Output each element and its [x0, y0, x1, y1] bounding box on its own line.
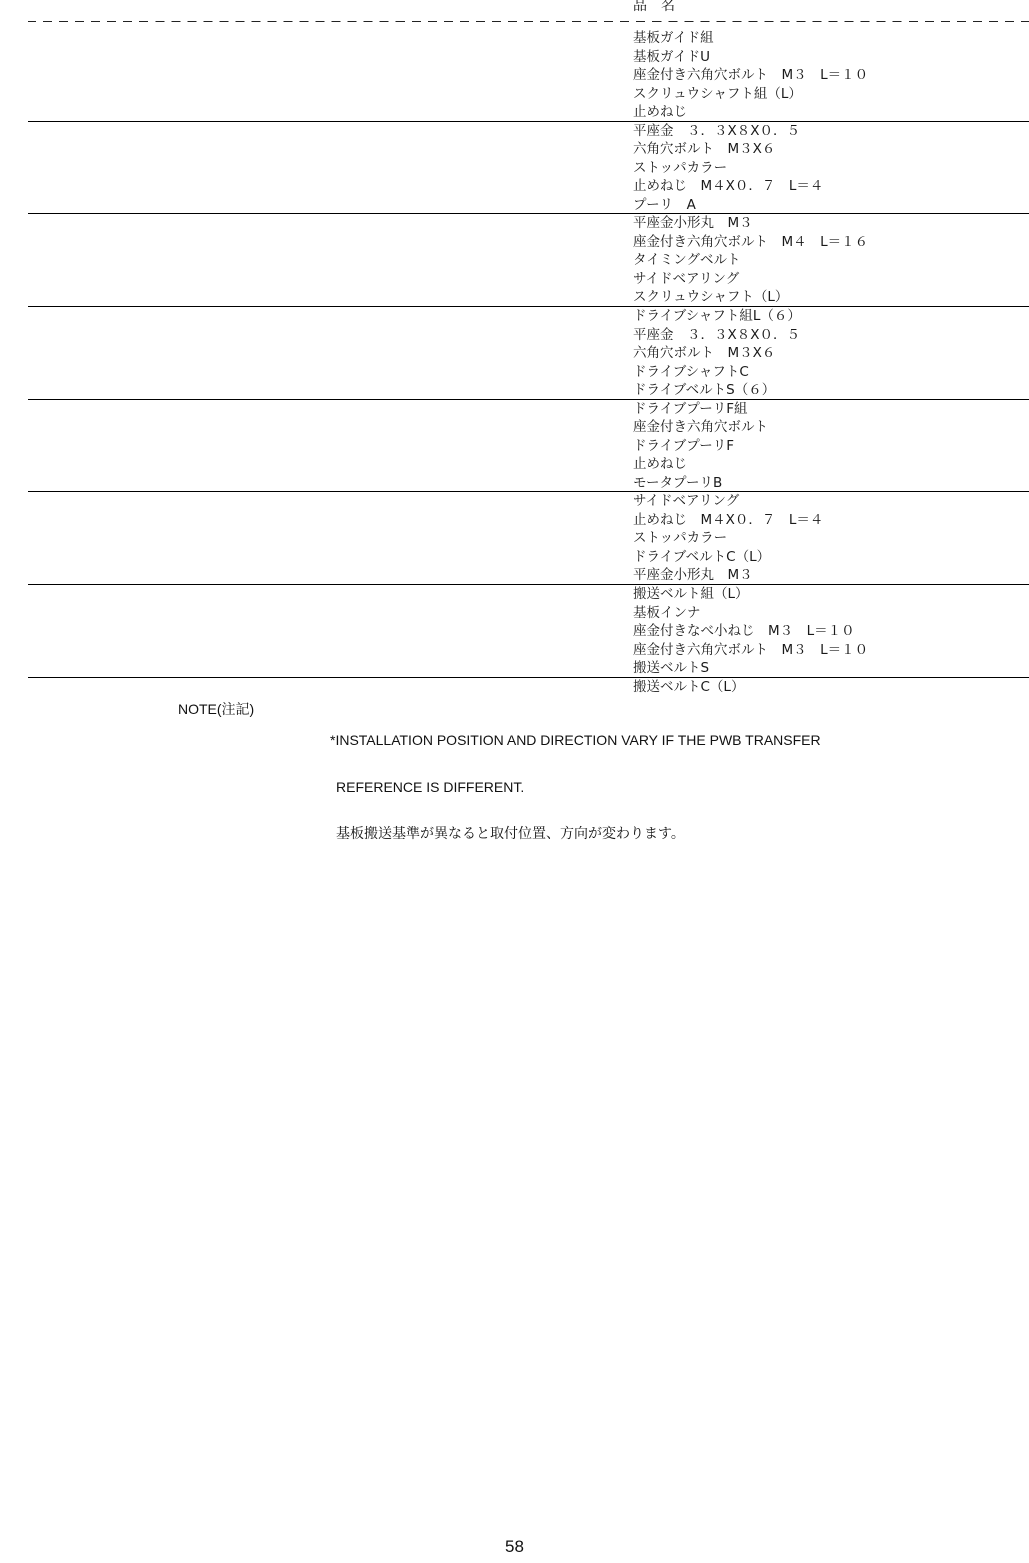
- parts-group: ドライブシャフト組L（６） 平座金 ３．３X８X０．５ 六角穴ボルト M３X６ …: [0, 307, 1029, 400]
- note-body: *INSTALLATION POSITION AND DIRECTION VAR…: [330, 702, 821, 873]
- part-name: サイドベアリング: [633, 492, 739, 510]
- part-name: サイドベアリング: [633, 270, 739, 288]
- group-divider: [28, 677, 1029, 678]
- part-name: 搬送ベルト組（L）: [633, 585, 749, 603]
- part-name: タイミングベルト: [633, 251, 740, 269]
- part-name: 平座金 ３．３X８X０．５: [633, 122, 800, 140]
- note-line-english-2: REFERENCE IS DIFFERENT.: [330, 780, 821, 796]
- part-name: 平座金 ３．３X８X０．５: [633, 326, 800, 344]
- page-number: 58: [0, 1537, 1029, 1557]
- header-dashed-divider: [28, 21, 1029, 22]
- part-name: スクリュウシャフト組（L）: [633, 85, 802, 103]
- part-name: ドライブプーリF: [633, 437, 734, 455]
- part-name: 基板インナ: [633, 604, 701, 622]
- parts-groups: 基板ガイド組 基板ガイドU 座金付き六角穴ボルト M３ L＝１０ スクリュウシャ…: [0, 29, 1029, 678]
- part-name: ストッパカラー: [633, 159, 727, 177]
- part-name: 基板ガイドU: [633, 48, 710, 66]
- part-name: ドライブプーリF組: [633, 400, 748, 418]
- parts-group: サイドベアリング 止めねじ M４X０．７ L＝４ ストッパカラー ドライブベルト…: [0, 492, 1029, 585]
- part-name: 平座金小形丸 M３: [633, 214, 753, 232]
- part-name: 基板ガイド組: [633, 29, 714, 47]
- parts-group: 搬送ベルト組（L） 基板インナ 座金付きなべ小ねじ M３ L＝１０ 座金付き六角…: [0, 585, 1029, 678]
- part-name: 搬送ベルトS: [633, 659, 709, 677]
- part-name: モータプーリB: [633, 474, 722, 492]
- parts-group: 平座金小形丸 M３ 座金付き六角穴ボルト M４ L＝１６ タイミングベルト サイ…: [0, 214, 1029, 307]
- part-name: 座金付き六角穴ボルト M３ L＝１０: [633, 66, 868, 84]
- parts-group: ドライブプーリF組 座金付き六角穴ボルト ドライブプーリF 止めねじ モータプー…: [0, 400, 1029, 493]
- part-name: 止めねじ M４X０．７ L＝４: [633, 511, 823, 529]
- part-name: 六角穴ボルト M３X６: [633, 140, 775, 158]
- part-name: ドライブシャフトC: [633, 363, 749, 381]
- parts-group: 平座金 ３．３X８X０．５ 六角穴ボルト M３X６ ストッパカラー 止めねじ M…: [0, 122, 1029, 215]
- part-name: 座金付き六角穴ボルト M４ L＝１６: [633, 233, 868, 251]
- part-name: スクリュウシャフト（L）: [633, 288, 788, 306]
- column-header-part-name: 品 名: [633, 0, 675, 14]
- part-name: 座金付きなべ小ねじ M３ L＝１０: [633, 622, 855, 640]
- note-line-english-1: *INSTALLATION POSITION AND DIRECTION VAR…: [330, 733, 821, 749]
- part-name: 六角穴ボルト M３X６: [633, 344, 775, 362]
- parts-group: 基板ガイド組 基板ガイドU 座金付き六角穴ボルト M３ L＝１０ スクリュウシャ…: [0, 29, 1029, 122]
- part-name: 座金付き六角穴ボルト: [633, 418, 768, 436]
- part-name: ストッパカラー: [633, 529, 727, 547]
- part-name: 搬送ベルトC（L）: [633, 678, 744, 696]
- part-name: ドライブベルトS（６）: [633, 381, 775, 399]
- note-line-japanese: 基板搬送基準が異なると取付位置、方向が変わります。: [330, 826, 821, 842]
- part-name: ドライブベルトC（L）: [633, 548, 770, 566]
- part-name: プーリ A: [633, 196, 696, 214]
- part-name: 座金付き六角穴ボルト M３ L＝１０: [633, 641, 868, 659]
- part-name: 平座金小形丸 M３: [633, 566, 753, 584]
- part-name: 止めねじ: [633, 103, 687, 121]
- part-name: 止めねじ: [633, 455, 687, 473]
- part-name: ドライブシャフト組L（６）: [633, 307, 801, 325]
- part-name: 止めねじ M４X０．７ L＝４: [633, 177, 823, 195]
- note-label: NOTE(注記): [178, 702, 254, 718]
